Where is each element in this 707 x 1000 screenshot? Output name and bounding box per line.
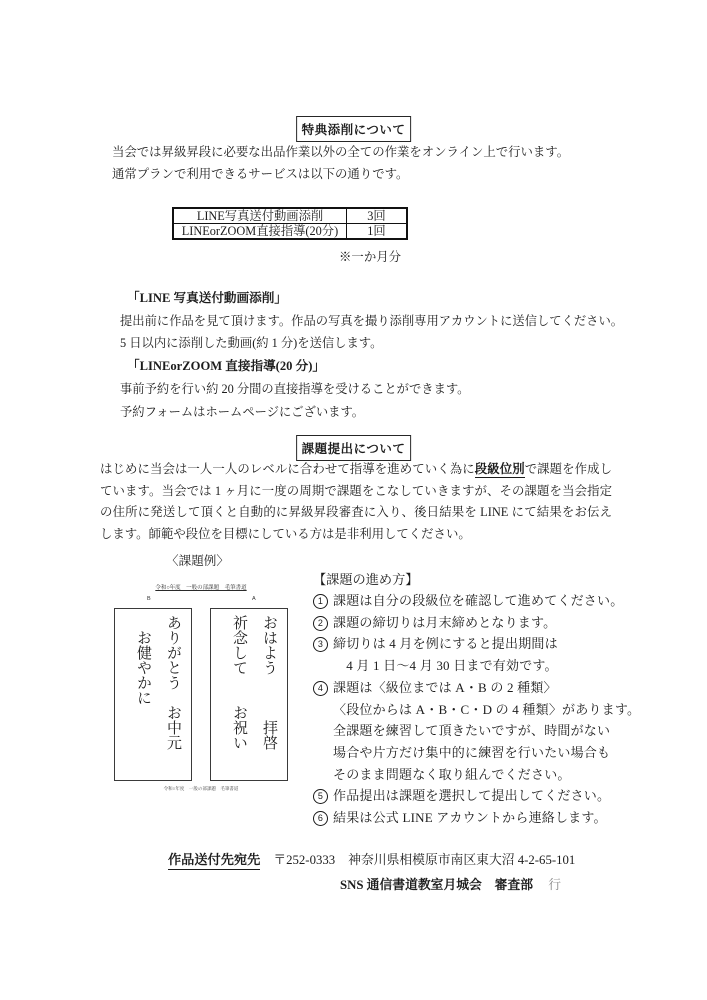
calligraphy-sample-a: おはよう 拝啓 祈念して お祝い [210,608,288,781]
example-label: 〈課題例〉 [166,550,229,569]
step-number-icon: 5 [313,789,328,804]
step-number-icon: 2 [313,616,328,631]
service-detail-line: 提出前に作品を見て頂けます。作品の写真を撮り添削専用アカウントに送信してください… [120,310,623,333]
step-item-5: 5 作品提出は課題を選択して提出してください。 [313,785,640,807]
shipping-address-line: 作品送付先宛先 〒252-0333 神奈川県相模原市南区東大沼 4-2-65-1… [168,849,575,870]
table-row: LINEorZOOM直接指導(20分) 1回 [173,224,407,240]
steps-list: 1 課題は自分の段級位を確認して進めてください。 2 課題の締切りは月末締めとな… [313,590,640,829]
organization-name: SNS 通信書道教室月城会 審査部 [340,878,533,892]
step-line: 結果は公式 LINE アカウントから連絡します。 [333,807,607,829]
perk-section-title: 特典添削について [296,116,412,142]
example-figure: 令和○年度 一般の部課題 毛筆書道 B A ありがとう お中元 お健やかに おは… [114,584,288,793]
recipient-suffix: 行 [548,878,561,892]
step-number-icon: 6 [313,811,328,826]
step-item-6: 6 結果は公式 LINE アカウントから連絡します。 [313,807,640,829]
service-heading-zoom: 「LINEorZOOM 直接指導(20 分)」 [120,355,623,378]
assignment-section-title: 課題提出について [296,435,412,461]
step-item-1: 1 課題は自分の段級位を確認して進めてください。 [313,590,640,612]
perk-intro: 当会では昇級昇段に必要な出品作業以外の全ての作業をオンライン上で行います。 通常… [112,142,569,185]
assignment-paragraph-emphasis: 段級位別 [475,462,525,478]
step-line: 場合や片方だけ集中的に練習を行いたい場合も [333,742,640,764]
grade-label-a: A [252,596,256,602]
step-number-icon: 4 [313,681,328,696]
step-number-icon: 1 [313,594,328,609]
assignment-paragraph: はじめに当会は一人一人のレベルに合わせて指導を進めていく為に段級位別で課題を作成… [100,459,612,546]
service-count-cell: 1回 [347,224,408,240]
service-detail-line: 5 日以内に添削した動画(約 1 分)を送信します。 [120,332,623,355]
step-line: 〈段位からは A・B・C・D の 4 種類〉があります。 [333,699,640,721]
perk-intro-line-1: 当会では昇級昇段に必要な出品作業以外の全ての作業をオンライン上で行います。 [112,142,569,164]
step-number-icon: 3 [313,637,328,652]
step-line: 締切りは 4 月を例にすると提出期間は [333,633,558,655]
calligraphy-column: ありがとう お中元 [158,615,188,780]
calligraphy-column: 祈念して お祝い [224,615,254,780]
postal-code: 〒252-0333 [273,849,335,868]
service-table: LINE写真送付動画添削 3回 LINEorZOOM直接指導(20分) 1回 [172,207,408,240]
service-detail-line: 予約フォームはホームページにございます。 [120,401,623,424]
step-line: 作品提出は課題を選択して提出してください。 [333,785,610,807]
step-line: 課題は自分の段級位を確認して進めてください。 [333,590,623,612]
calligraphy-column: お健やかに [128,615,158,780]
service-name-cell: LINEorZOOM直接指導(20分) [173,224,347,240]
step-line: そのまま問題なく取り組んでください。 [333,764,640,786]
step-line: 4 月 1 日～4 月 30 日まで有効です。 [333,655,558,677]
perk-intro-line-2: 通常プランで利用できるサービスは以下の通りです。 [112,164,569,186]
steps-title: 【課題の進め方】 [313,569,419,588]
grade-label-b: B [147,596,151,602]
figure-fine-print-top: 令和○年度 一般の部課題 毛筆書道 [114,584,288,592]
table-note: ※一か月分 [172,247,401,265]
service-details: 「LINE 写真送付動画添削」 提出前に作品を見て頂けます。作品の写真を撮り添削… [120,287,623,423]
assignment-paragraph-pre: はじめに当会は一人一人のレベルに合わせて指導を進めていく為に [100,462,475,476]
service-heading-line: 「LINE 写真送付動画添削」 [120,287,623,310]
street-address: 神奈川県相模原市南区東大沼 4-2-65-101 [348,849,575,868]
step-line: 課題の締切りは月末締めとなります。 [333,612,556,634]
service-count-cell: 3回 [347,208,408,224]
service-name-cell: LINE写真送付動画添削 [173,208,347,224]
step-line: 課題は〈級位までは A・B の 2 種類〉 [333,677,640,699]
figure-fine-print-bottom: 令和○年度 一般の部課題 毛筆書道 [114,785,288,793]
step-item-2: 2 課題の締切りは月末締めとなります。 [313,612,640,634]
calligraphy-column: おはよう 拝啓 [254,615,284,780]
step-item-4: 4 課題は〈級位までは A・B の 2 種類〉 〈段位からは A・B・C・D の… [313,677,640,786]
step-item-3: 3 締切りは 4 月を例にすると提出期間は 4 月 1 日～4 月 30 日まで… [313,633,640,676]
shipping-address-label: 作品送付先宛先 [168,849,260,870]
table-row: LINE写真送付動画添削 3回 [173,208,407,224]
service-detail-line: 事前予約を行い約 20 分間の直接指導を受けることができます。 [120,378,623,401]
calligraphy-panels: ありがとう お中元 お健やかに おはよう 拝啓 祈念して お祝い [114,608,288,781]
calligraphy-sample-b: ありがとう お中元 お健やかに [114,608,192,781]
step-line: 全課題を練習して頂きたいですが、時間がない [333,720,640,742]
organization-line: SNS 通信書道教室月城会 審査部 行 [340,874,561,893]
document-page: 特典添削について 当会では昇級昇段に必要な出品作業以外の全ての作業をオンライン上… [0,0,707,1000]
